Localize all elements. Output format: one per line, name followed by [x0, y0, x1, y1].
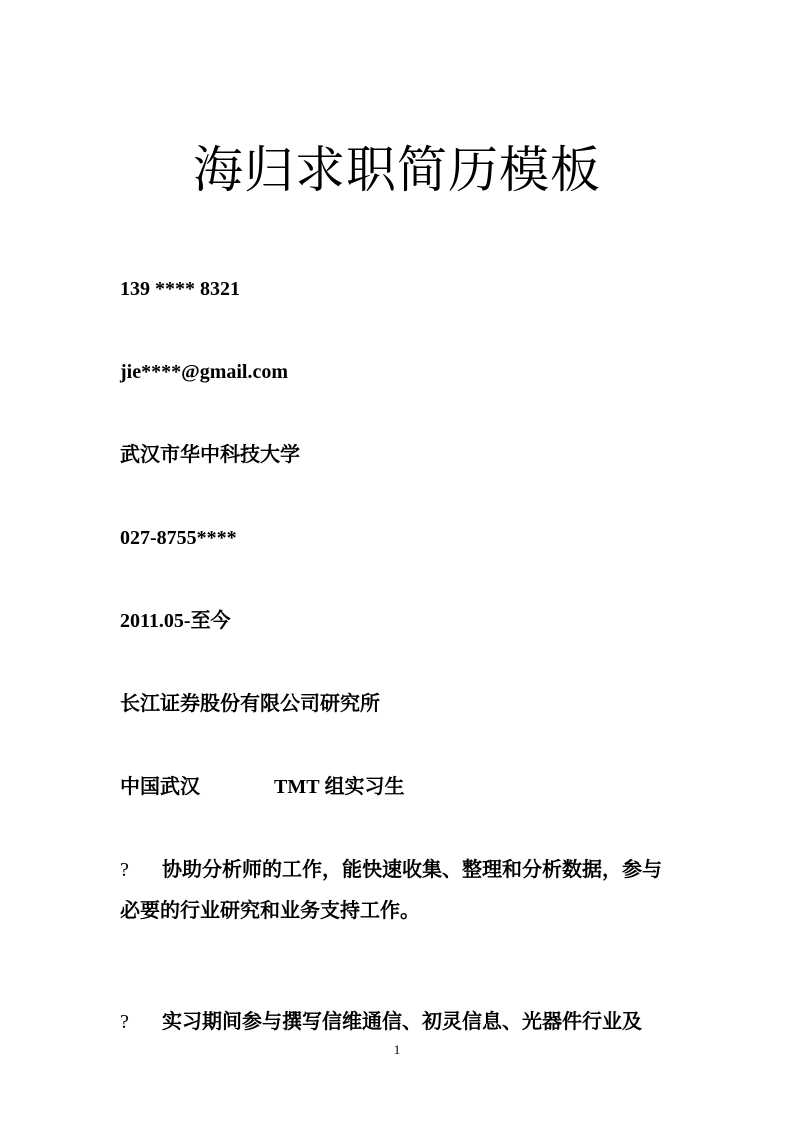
mobile-number: 139 **** 8321 — [120, 276, 240, 302]
bullet-item: ?协助分析师的工作，能快速收集、整理和分析数据，参与必要的行业研究和业务支持工作… — [120, 850, 680, 932]
work-period-suffix: 至今 — [191, 610, 231, 632]
bullet-text: 实习期间参与撰写信维通信、初灵信息、光器件行业及 — [162, 1011, 642, 1033]
document-page: 海归求职简历模板 139 **** 8321 jie****@gmail.com… — [0, 0, 794, 1123]
role-suffix: 组实习生 — [325, 776, 405, 798]
page-number: 1 — [0, 1042, 794, 1058]
company-name: 长江证券股份有限公司研究所 — [120, 691, 380, 717]
work-location: 中国武汉 — [120, 776, 200, 798]
location-role: 中国武汉TMT 组实习生 — [120, 774, 405, 800]
document-title: 海归求职简历模板 — [0, 138, 794, 202]
bullet-question-mark: ? — [120, 850, 162, 891]
landline-phone: 027-8755**** — [120, 525, 237, 551]
work-period-date: 2011.05- — [120, 610, 191, 632]
role-prefix: TMT — [274, 776, 320, 798]
bullet-text: 协助分析师的工作，能快速收集、整理和分析数据，参与必要的行业研究和业务支持工作。 — [120, 859, 662, 922]
bullet-question-mark: ? — [120, 1002, 162, 1043]
email-address: jie****@gmail.com — [120, 359, 288, 385]
address: 武汉市华中科技大学 — [120, 442, 300, 468]
bullet-item: ?实习期间参与撰写信维通信、初灵信息、光器件行业及 — [120, 1002, 680, 1043]
work-period: 2011.05-至今 — [120, 608, 231, 634]
